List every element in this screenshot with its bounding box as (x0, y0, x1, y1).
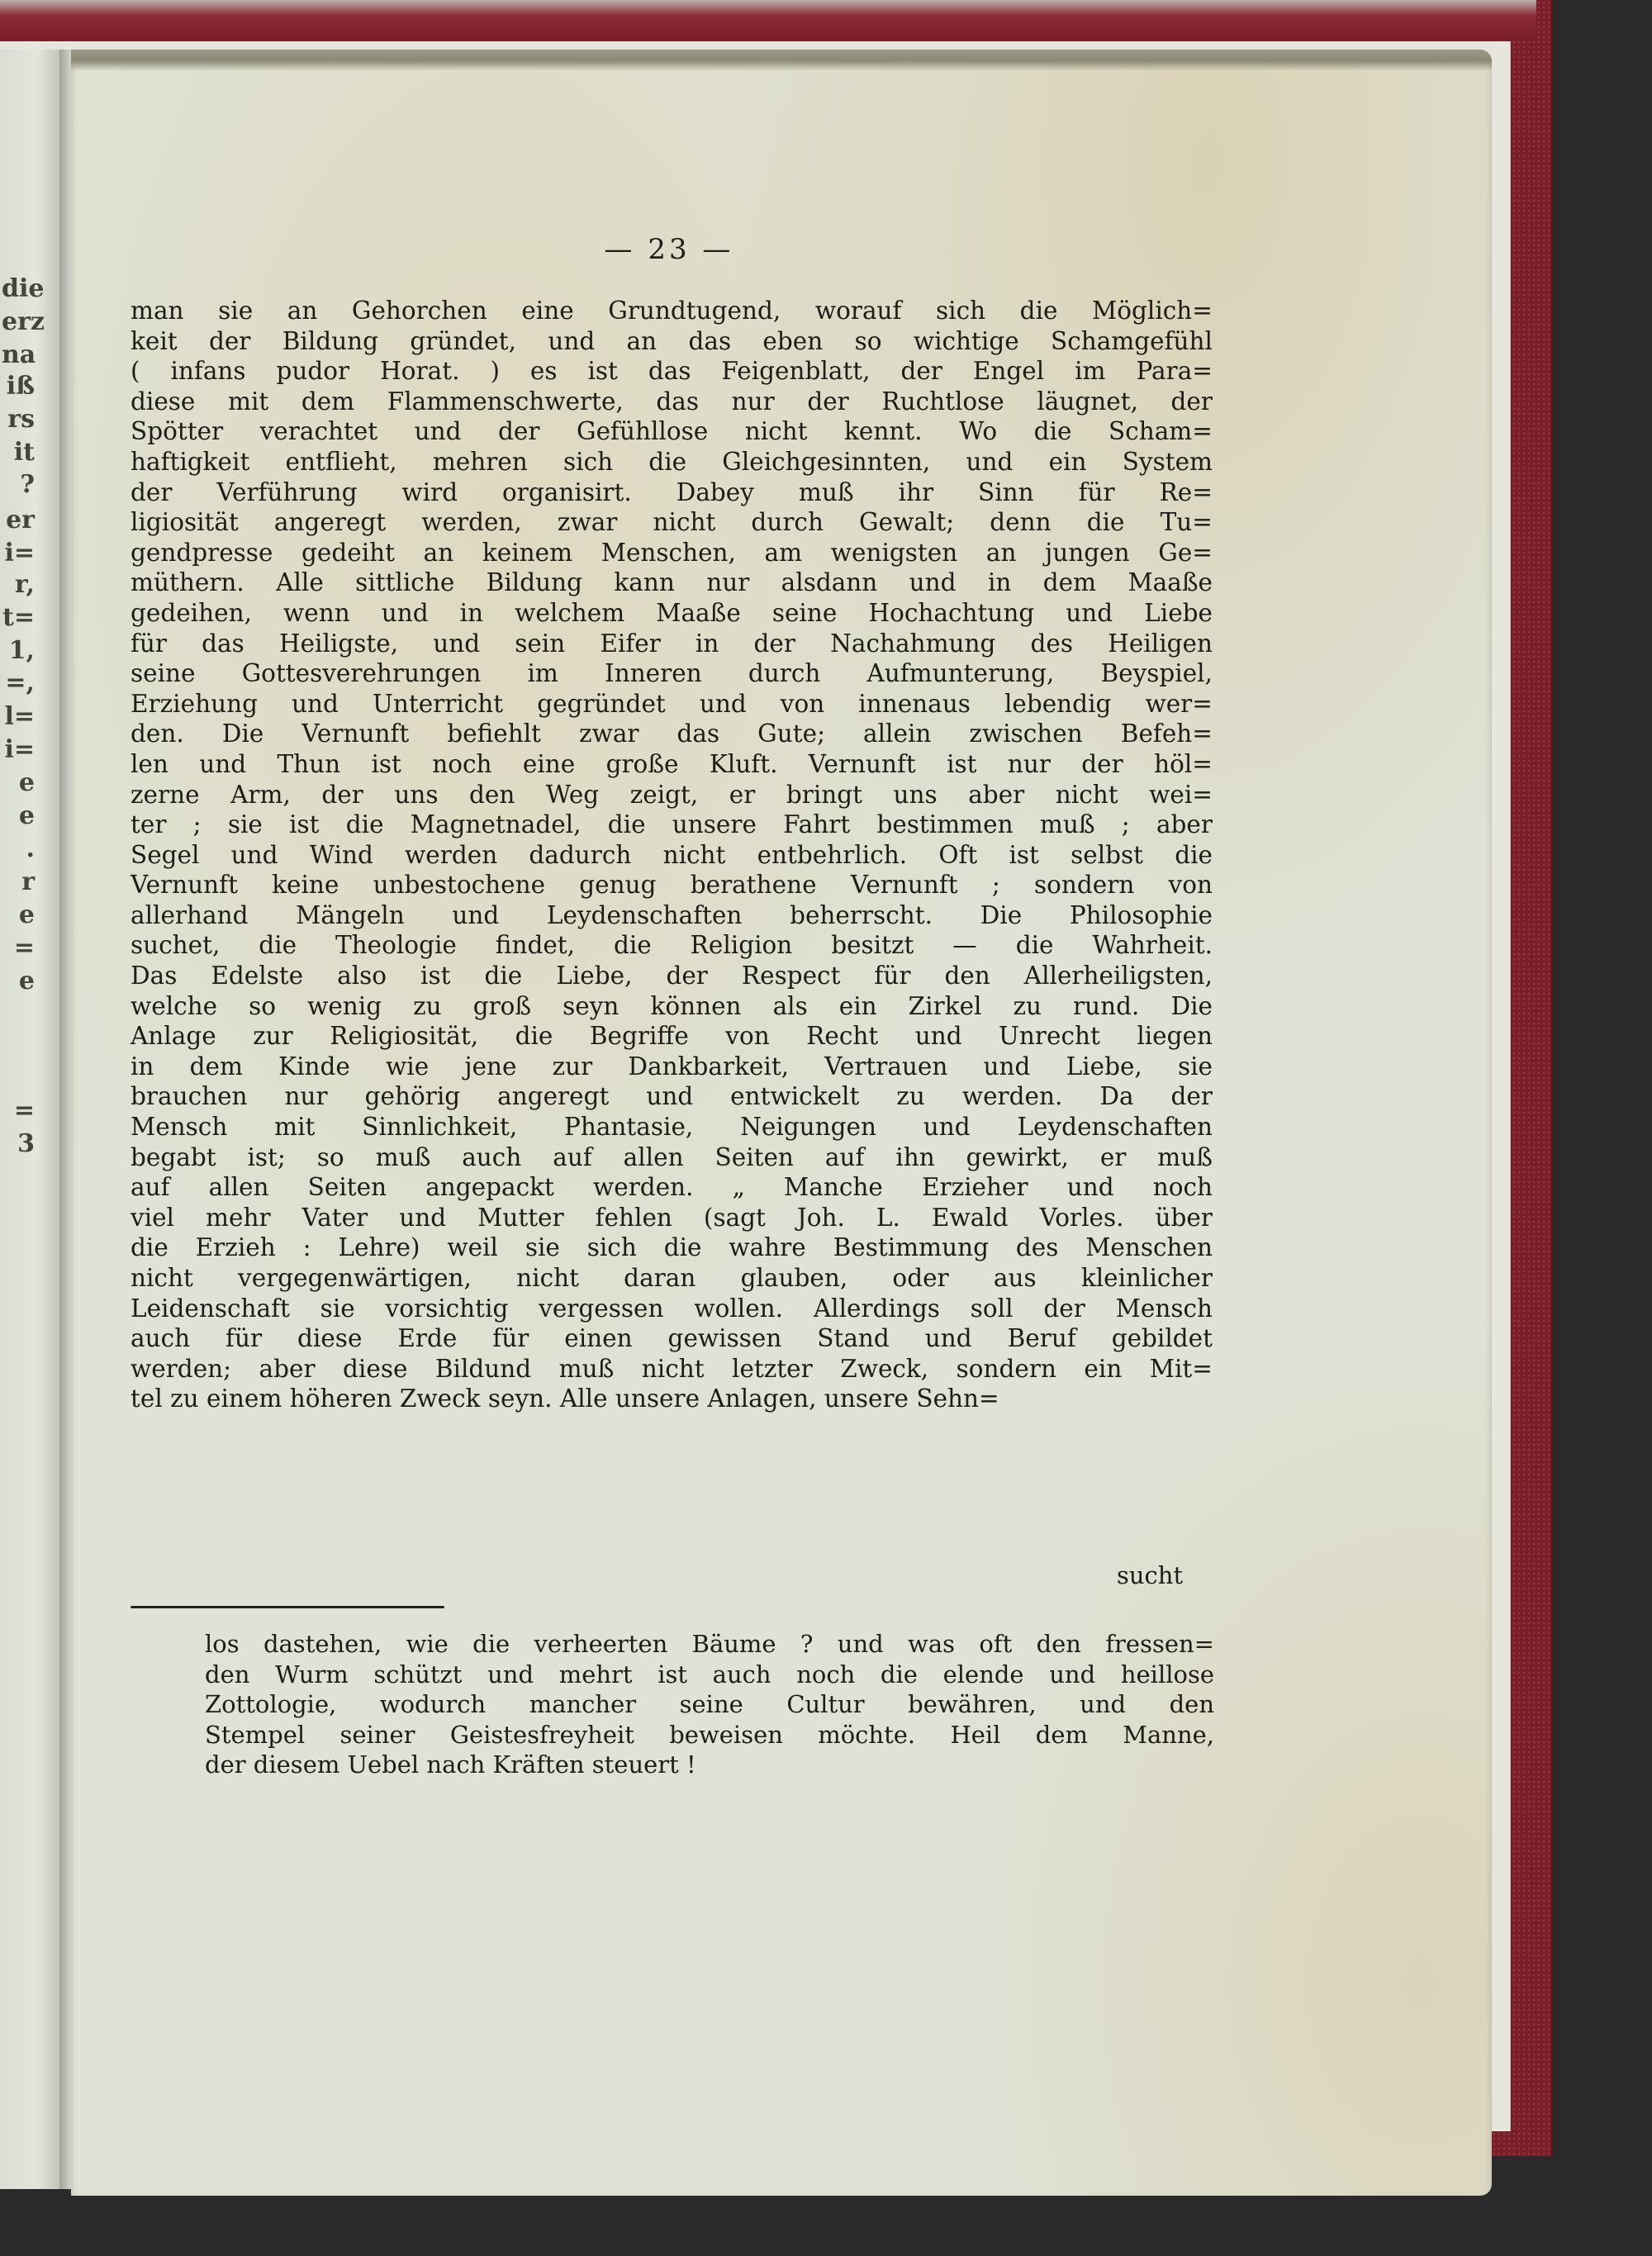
facing-page-fragment: erz (2, 310, 35, 335)
text-line: diese mit dem Flammenschwerte, das nur d… (131, 387, 1213, 417)
footnote-line: los dastehen, wie die verheerten Bäume ?… (205, 1629, 1214, 1660)
text-line: Erziehung und Unterricht gegründet und v… (131, 689, 1213, 720)
facing-page-fragment: 1, (2, 639, 35, 663)
facing-page-fragment: iß (2, 374, 35, 399)
text-line: haftigkeit entflieht, mehren sich die Gl… (131, 447, 1213, 477)
facing-page-fragment: er (2, 508, 35, 533)
facing-page-fragment: i= (2, 738, 35, 762)
text-line: Leidenschaft sie vorsichtig vergessen wo… (131, 1294, 1213, 1324)
facing-page-fragment: e (2, 771, 35, 796)
text-line: auf allen Seiten angepackt werden. „ Man… (131, 1172, 1213, 1203)
text-line: brauchen nur gehörig angeregt und entwic… (131, 1081, 1213, 1112)
text-line: suchet, die Theologie findet, die Religi… (131, 930, 1213, 961)
text-line: viel mehr Vater und Mutter fehlen (sagt … (131, 1203, 1213, 1233)
text-line: Segel und Wind werden dadurch nicht entb… (131, 840, 1213, 871)
text-line: Mensch mit Sinnlichkeit, Phantasie, Neig… (131, 1112, 1213, 1142)
facing-page-fragment: die (2, 277, 35, 302)
text-line: werden; aber diese Bildund muß nicht let… (131, 1354, 1213, 1384)
facing-page-fragment: e (2, 903, 35, 928)
text-line: begabt ist; so muß auch auf allen Seiten… (131, 1142, 1213, 1173)
text-line: müthern. Alle sittliche Bildung kann nur… (131, 568, 1213, 598)
facing-page-fragment: t= (2, 606, 35, 630)
facing-page-fragment: =, (2, 671, 35, 696)
facing-page: dieerznaißrsit?eri=r,t=1,=,l=i=ee.re=e=3 (0, 50, 66, 2189)
text-line: gendpresse gedeiht an keinem Menschen, a… (131, 538, 1213, 568)
text-line: die Erzieh : Lehre) weil sie sich die wa… (131, 1232, 1213, 1263)
facing-page-fragment: e (2, 969, 35, 994)
text-line: ( infans pudor Horat. ) es ist das Feige… (131, 356, 1213, 387)
facing-page-fragment: e (2, 804, 35, 829)
footnote-line: Zottologie, wodurch mancher seine Cultur… (205, 1689, 1214, 1720)
text-line: welche so wenig zu groß seyn können als … (131, 991, 1213, 1022)
facing-page-fragment: l= (2, 705, 35, 729)
text-line: ligiosität angeregt werden, zwar nicht d… (131, 507, 1213, 538)
page-top-edge (71, 50, 1492, 71)
text-line: Anlage zur Religiosität, die Begriffe vo… (131, 1021, 1213, 1052)
facing-page-fragment: rs (2, 407, 35, 432)
text-line: Vernunft keine unbestochene genug berath… (131, 870, 1213, 900)
text-line: allerhand Mängeln und Leydenschaften beh… (131, 900, 1213, 931)
text-line: seine Gottesverehrungen im Inneren durch… (131, 658, 1213, 689)
text-line: gedeihen, wenn und in welchem Maaße sein… (131, 598, 1213, 629)
footnote-line: Stempel seiner Geistesfreyheit beweisen … (205, 1720, 1214, 1750)
text-line: zerne Arm, der uns den Weg zeigt, er bri… (131, 780, 1213, 810)
text-line: auch für diese Erde für einen gewissen S… (131, 1323, 1213, 1354)
text-line: in dem Kinde wie jene zur Dankbarkeit, V… (131, 1052, 1213, 1082)
text-line: für das Heiligste, und sein Eifer in der… (131, 629, 1213, 659)
cover-top-edge (0, 0, 1536, 40)
facing-page-fragment: it (2, 440, 35, 465)
facing-page-fragment: na (2, 343, 35, 368)
facing-page-fragment: ? (2, 473, 35, 497)
text-line: ter ; sie ist die Magnetnadel, die unser… (131, 810, 1213, 840)
footnote-text: los dastehen, wie die verheerten Bäume ?… (205, 1629, 1214, 1780)
facing-page-fragment: r, (2, 572, 35, 597)
body-text: man sie an Gehorchen eine Grundtugend, w… (131, 296, 1213, 1414)
text-line: tel zu einem höheren Zweck seyn. Alle un… (131, 1384, 1213, 1414)
footnote-divider (131, 1606, 444, 1608)
text-line: keit der Bildung gründet, und an das ebe… (131, 326, 1213, 357)
facing-page-fragment: = (2, 1099, 35, 1123)
footnote-line: den Wurm schützt und mehrt ist auch noch… (205, 1660, 1214, 1690)
page-number: — 23 — (578, 233, 760, 266)
facing-page-fragment: r (2, 870, 35, 895)
facing-page-fragment: = (2, 936, 35, 961)
text-line: den. Die Vernunft befiehlt zwar das Gute… (131, 719, 1213, 749)
catchword: sucht (1117, 1561, 1183, 1589)
text-line: nicht vergegenwärtigen, nicht daran glau… (131, 1263, 1213, 1294)
footnote-line: der diesem Uebel nach Kräften steuert ! (205, 1750, 1214, 1780)
facing-page-fragment: 3 (2, 1132, 35, 1156)
text-line: Das Edelste also ist die Liebe, der Resp… (131, 961, 1213, 991)
facing-page-fragment: i= (2, 541, 35, 566)
text-line: man sie an Gehorchen eine Grundtugend, w… (131, 296, 1213, 326)
text-line: Spötter verachtet und der Gefühllose nic… (131, 416, 1213, 447)
text-line: len und Thun ist noch eine große Kluft. … (131, 749, 1213, 780)
facing-page-fragment: . (2, 837, 35, 862)
text-line: der Verführung wird organisirt. Dabey mu… (131, 477, 1213, 508)
